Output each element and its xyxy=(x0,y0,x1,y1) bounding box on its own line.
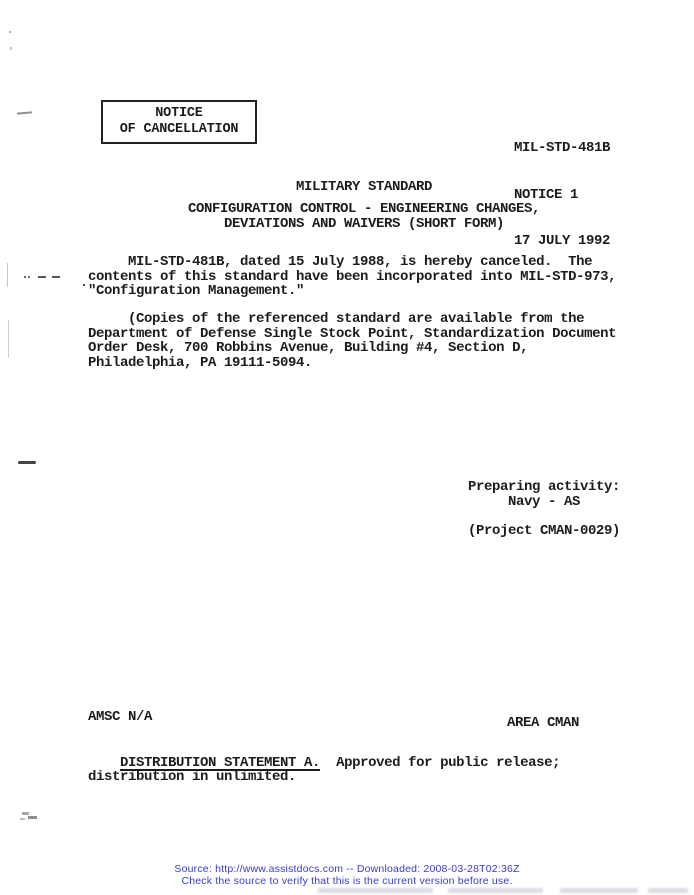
scan-artifact xyxy=(38,276,46,278)
scan-artifact xyxy=(24,276,26,278)
source-banner-line1: Source: http://www.assistdocs.com -- Dow… xyxy=(0,864,694,876)
notice-box-line1: NOTICE xyxy=(155,106,202,123)
scan-artifact xyxy=(22,812,29,815)
document-id: MIL-STD-481B xyxy=(514,141,610,157)
scan-artifact xyxy=(9,31,11,33)
scan-artifact xyxy=(7,263,8,287)
scan-artifact xyxy=(448,888,543,893)
distribution-statement-label: DISTRIBUTION STATEMENT A. xyxy=(120,755,320,771)
scan-artifact xyxy=(8,320,9,358)
area-code: AREA CMAN xyxy=(507,716,579,731)
document-title: CONFIGURATION CONTROL - ENGINEERING CHAN… xyxy=(88,202,640,231)
document-page: NOTICE OF CANCELLATION MIL-STD-481B NOTI… xyxy=(0,0,694,895)
scan-artifact xyxy=(18,461,36,464)
scan-artifact xyxy=(52,276,60,278)
distribution-statement: DISTRIBUTION STATEMENT A. Approved for p… xyxy=(88,741,560,799)
copies-paragraph: (Copies of the referenced standard are a… xyxy=(88,312,616,370)
document-date: 17 JULY 1992 xyxy=(514,234,610,250)
scan-artifact xyxy=(17,111,32,114)
notice-of-cancellation-box: NOTICE OF CANCELLATION xyxy=(101,100,257,144)
standard-label: MILITARY STANDARD xyxy=(88,180,640,195)
source-banner: Source: http://www.assistdocs.com -- Dow… xyxy=(0,864,694,887)
scan-artifact xyxy=(20,818,25,820)
cancellation-paragraph: MIL-STD-481B, dated 15 July 1988, is her… xyxy=(88,255,616,299)
notice-box-line2: OF CANCELLATION xyxy=(120,122,239,139)
amsc-number: AMSC N/A xyxy=(88,710,152,725)
scan-artifact xyxy=(648,888,688,893)
scan-artifact xyxy=(28,276,30,278)
source-banner-line2: Check the source to verify that this is … xyxy=(0,876,694,888)
scan-artifact xyxy=(10,47,12,50)
scan-artifact xyxy=(83,284,85,286)
scan-artifact xyxy=(28,816,37,819)
preparing-activity-block: Preparing activity: Navy - AS (Project C… xyxy=(468,480,620,538)
scan-artifact xyxy=(560,888,638,893)
scan-artifact xyxy=(318,888,433,893)
